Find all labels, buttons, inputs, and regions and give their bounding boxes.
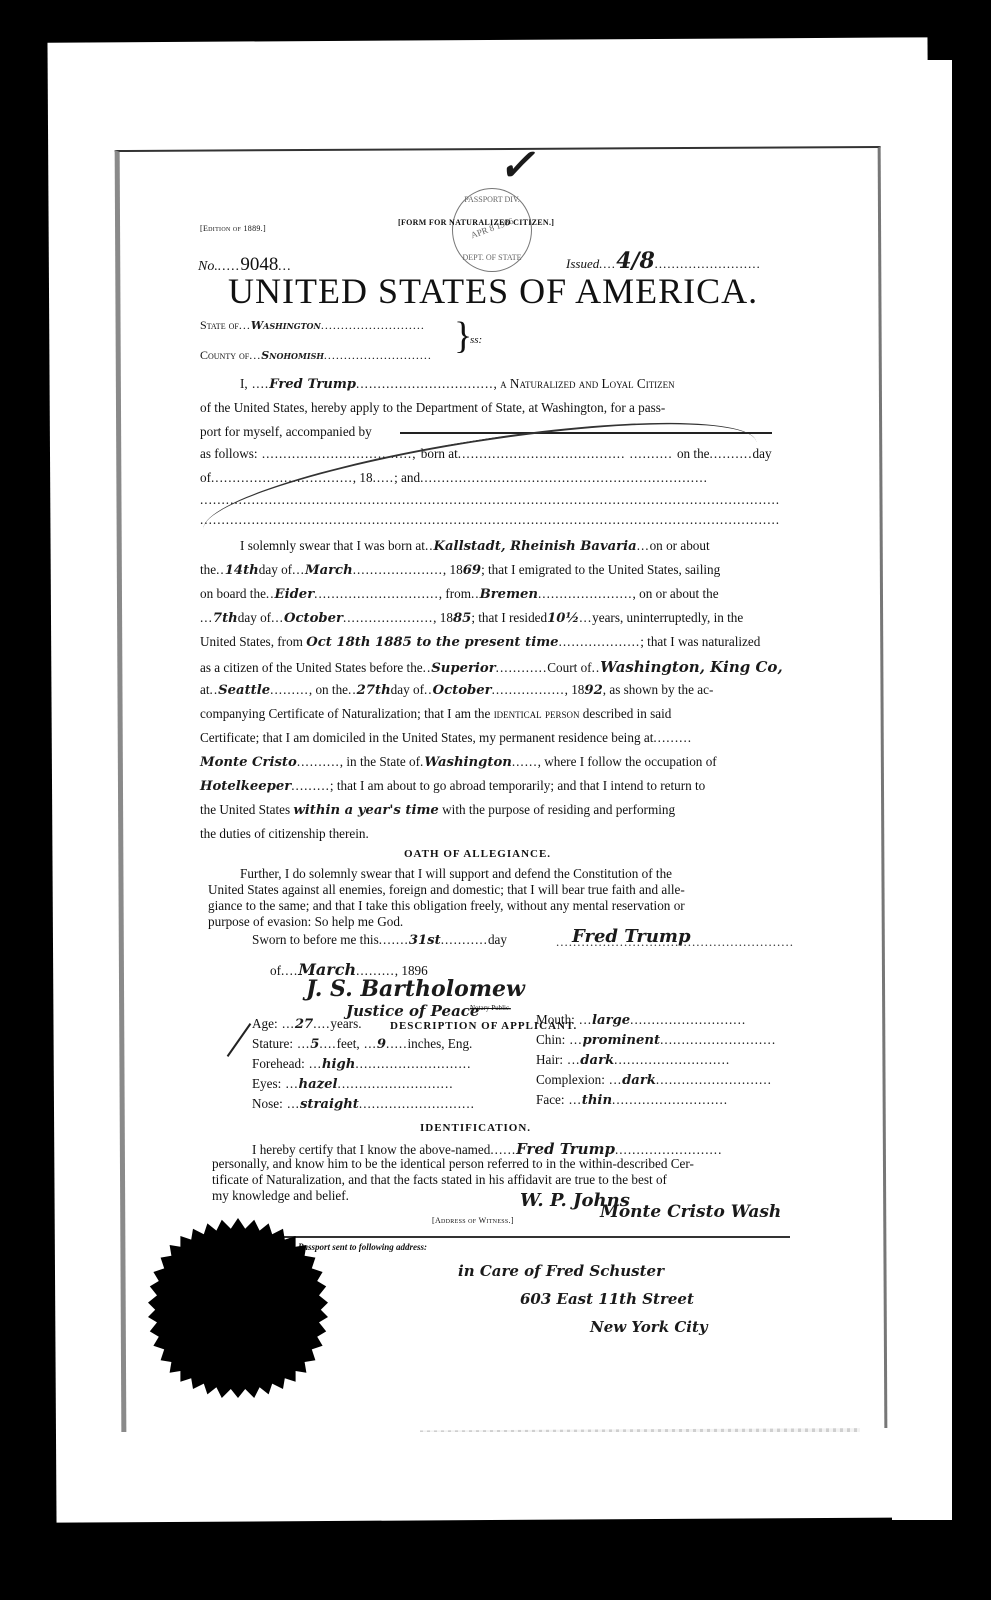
description-value: high [322,1057,355,1072]
form-type-label: [FORM FOR NATURALIZED CITIZEN.] [398,218,554,227]
court-line: as a citizen of the United States before… [200,658,783,676]
notary-struck-label: Notary Public. [470,1004,511,1012]
section-divider [270,1236,790,1238]
issued-label: Issued [566,256,599,271]
stamp-top-text: PASSPORT DIV. [453,195,531,204]
sail-day-value: 7th [213,611,238,626]
dot-leader: ........................... [656,1072,772,1087]
duties-line: the duties of citizenship therein. [200,826,369,842]
birthdate-line: the..14thday of...March.................… [200,562,720,578]
description-value: thin [582,1093,612,1108]
dot-leader: ... [281,1076,298,1091]
description-label: Hair: [536,1052,563,1067]
oath-line-4: purpose of evasion: So help me God. [208,914,403,930]
dot-leader: ... [575,1012,592,1027]
dot-leader: ... [278,1016,295,1031]
sail-year-value: 85 [453,611,471,626]
mailing-label: Passport sent to following address: [298,1242,427,1252]
document-title: UNITED STATES OF AMERICA. [228,270,758,312]
dot-leader: ........................... [338,1076,454,1091]
county-value: Snohomish [261,349,324,362]
court-location-value: Washington, King Co, [600,658,783,676]
witness-address-value: Monte Cristo Wash [600,1202,781,1222]
oath-line-1: Further, I do solemnly swear that I will… [240,866,672,882]
dot-leader: ... [293,1036,310,1051]
officer-title: Justice of Peace [346,1002,479,1020]
county-field: County of...Snohomish...................… [200,348,432,363]
dot-leader: ... [360,1036,377,1051]
identification-heading: IDENTIFICATION. [420,1122,531,1134]
description-value: dark [580,1053,614,1068]
stamp-bottom-text: DEPT. OF STATE [453,253,531,262]
description-value: 27 [295,1017,313,1032]
application-line-2: of the United States, hereby apply to th… [200,400,665,416]
identification-line-4: my knowledge and belief. [212,1188,349,1204]
port-value: Bremen [480,587,538,602]
dot-leader: ........................... [612,1092,728,1107]
description-value: large [592,1013,630,1028]
dot-leader: ... [563,1052,580,1067]
court-city-value: Seattle [218,683,270,698]
sworn-day-value: 31st [409,933,441,948]
oath-heading: OATH OF ALLEGIANCE. [404,848,551,860]
check-mark-icon: ✓ [498,140,535,191]
dot-leader: ... [283,1096,300,1111]
dot-leader: .... [319,1036,336,1051]
application-line-3: port for myself, accompanied by [200,424,372,440]
birthplace-line: I solemnly swear that I was born at..Kal… [240,538,710,554]
description-value: straight [300,1097,359,1112]
identification-line-3: tificate of Naturalization, and that the… [212,1172,667,1188]
dot-leader: ... [305,1056,322,1071]
ship-line: on board the..Eider.....................… [200,586,719,602]
dot-leader: ........................... [660,1032,776,1047]
signature-line: ........................................… [556,934,794,950]
naturalization-date-line: at..Seattle........., on the..27thday of… [200,682,713,698]
description-row: Age: ...27....years. [252,1016,362,1032]
stamp-date: APR 8 1906 [454,210,531,246]
description-label: Chin: [536,1032,565,1047]
occupation-value: Hotelkeeper [200,779,291,794]
applicant-name: Fred Trump [269,377,356,392]
description-row: Nose: ...straight.......................… [252,1096,475,1112]
applicant-line: I, ....Fred Trump.......................… [240,376,675,392]
description-label: Mouth: [536,1012,575,1027]
description-row: Forehead: ...high.......................… [252,1056,471,1072]
description-suffix: years. [330,1016,361,1031]
number-label: No. [198,259,218,274]
dot-leader: ........................... [614,1052,730,1067]
dot-leader: ... [565,1092,582,1107]
dot-leader: .... [313,1016,330,1031]
dot-leader: ..... [386,1036,407,1051]
description-value: dark [622,1073,656,1088]
return-time-value: within a year's time [293,803,438,818]
ss-label: ss: [470,334,482,346]
scan-backing-edge [892,60,952,1520]
description-label: Eyes: [252,1076,281,1091]
description-label: Stature: [252,1036,293,1051]
description-row: Face: ...thin........................... [536,1092,728,1108]
description-suffix: inches, Eng. [408,1036,473,1051]
mailing-address-line-2: 603 East 11th Street [520,1290,694,1308]
court-value: Superior [431,661,495,676]
officer-signature: J. S. Bartholomew [306,976,525,1002]
occupation-line: Hotelkeeper.........; that I am about to… [200,778,705,794]
dot-leader: ... [605,1072,622,1087]
nat-day-value: 27th [357,683,391,698]
residence-value: Monte Cristo [200,755,297,770]
description-label: Nose: [252,1096,283,1111]
birth-month-value: March [305,563,353,578]
description-row: Eyes: ...hazel..........................… [252,1076,454,1092]
description-row: Mouth: ...large.........................… [536,1012,746,1028]
ship-value: Eider [275,587,315,602]
description-label: Age: [252,1016,278,1031]
residence-period-value: Oct 18th 1885 to the present time [306,635,558,650]
description-label: Forehead: [252,1056,305,1071]
description-value: hazel [299,1077,338,1092]
state-value: Washington [251,319,321,332]
residence-period-line: United States, from Oct 18th 1885 to the… [200,634,760,650]
description-label: Complexion: [536,1072,605,1087]
nat-month-value: October [433,683,492,698]
description-row: Complexion: ...dark.....................… [536,1072,772,1088]
residence-state-value: Washington [424,755,512,770]
description-label: Face: [536,1092,565,1107]
certificate-line: Certificate; that I am domiciled in the … [200,730,692,746]
identification-line-2: personally, and know him to be the ident… [212,1156,694,1172]
dot-leader: ... [565,1032,582,1047]
description-suffix: feet, [337,1036,360,1051]
sail-month-value: October [284,611,343,626]
mailing-address-line-1: in Care of Fred Schuster [458,1262,664,1280]
oath-line-2: United States against all enemies, forei… [208,882,685,898]
birth-year-value: 69 [463,563,481,578]
dot-leader: ........................... [355,1056,471,1071]
identical-person-line: companying Certificate of Naturalization… [200,706,671,722]
dot-leader: ........................... [359,1096,475,1111]
description-row: Stature: ...5....feet, ...9.....inches, … [252,1036,472,1052]
sworn-date-line: Sworn to before me this.......31st......… [252,932,507,948]
witness-address-label: [Address of Witness.] [432,1216,514,1225]
description-value: prominent [583,1033,661,1048]
birthplace-value: Kallstadt, Rheinish Bavaria [434,539,637,554]
dept-of-state-stamp: PASSPORT DIV. APR 8 1906 DEPT. OF STATE [452,188,532,272]
state-field: State of...Washington...................… [200,318,425,333]
description-row: Chin: ...prominent......................… [536,1032,776,1048]
years-resided-value: 10½ [547,611,579,626]
return-line: the United States within a year's time w… [200,802,675,818]
nat-year-value: 92 [584,683,602,698]
oath-line-3: giance to the same; and that I take this… [208,898,685,914]
edition-label: [Edition of 1889.] [200,224,266,233]
birth-day-value: 14th [225,563,259,578]
description-row: Hair: ...dark........................... [536,1052,730,1068]
dot-leader: ........................... [630,1012,746,1027]
description-value: 9 [377,1037,386,1052]
residence-line: Monte Cristo.........., in the State of.… [200,754,717,770]
mailing-address-line-3: New York City [590,1318,708,1336]
sailing-date-line: ...7thday of...October..................… [200,610,743,626]
